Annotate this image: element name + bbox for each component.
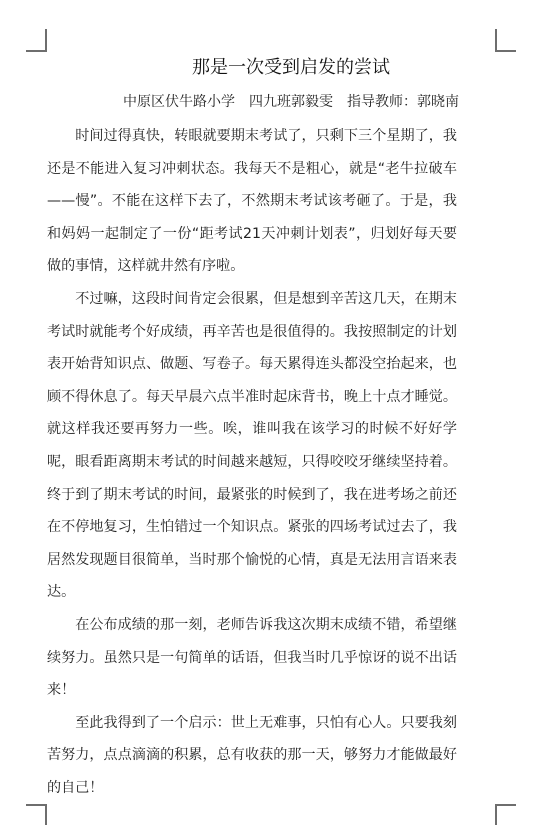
corner-mark-bottom-left-vertical [45,804,47,825]
author-byline: 中原区伏牛路小学 四九班郭毅雯 指导教师：郭晓南 [0,92,540,112]
corner-mark-top-left-horizontal [26,50,47,52]
paragraph: 在公布成绩的那一刻，老师告诉我这次期末成绩不错，希望继续努力。虽然只是一句简单的… [47,609,457,707]
document-title: 那是一次受到启发的尝试 [0,56,540,80]
corner-mark-bottom-right-horizontal [495,804,516,806]
corner-mark-top-left-vertical [45,29,47,51]
corner-mark-bottom-left-horizontal [26,804,47,806]
corner-mark-top-right-vertical [495,29,497,51]
paragraph: 时间过得真快，转眼就要期末考试了，只剩下三个星期了，我还是不能进入复习冲刺状态。… [47,120,457,283]
corner-mark-top-right-horizontal [495,50,516,52]
paragraph: 不过嘛，这段时间肯定会很累，但是想到辛苦这几天，在期末考试时就能考个好成绩，再辛… [47,283,457,609]
document-body: 时间过得真快，转眼就要期末考试了，只剩下三个星期了，我还是不能进入复习冲刺状态。… [47,120,457,804]
corner-mark-bottom-right-vertical [495,804,497,825]
paragraph: 至此我得到了一个启示：世上无难事，只怕有心人。只要我刻苦努力，点点滴滴的积累，总… [47,707,457,805]
